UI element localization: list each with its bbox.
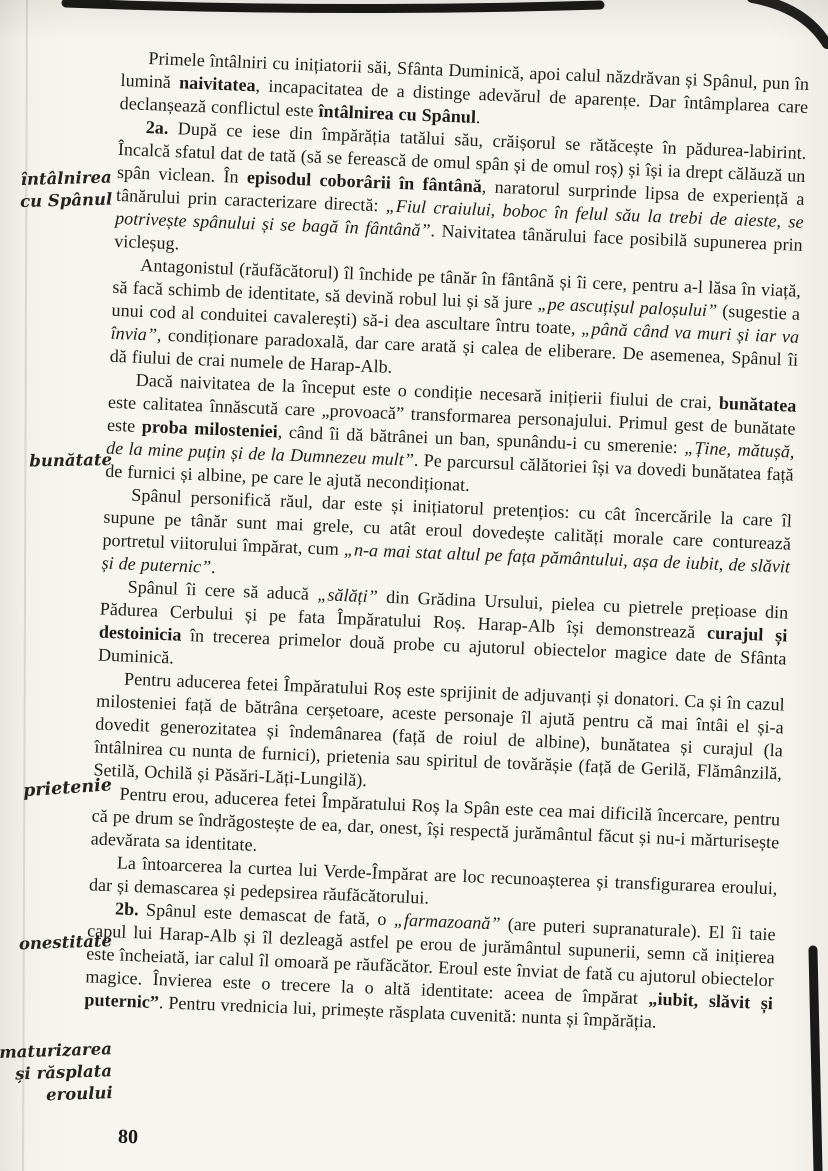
margin-note-intalnirea-cu-spanul: întâlnirea cu Spânul <box>0 167 116 214</box>
text-run: . <box>476 107 481 127</box>
scanned-page: întâlnirea cu Spânul bunătate prietenie … <box>0 0 828 1171</box>
text-run: 2a. <box>145 117 168 138</box>
text-run: „pe ascuțișul paloșului” <box>537 294 717 321</box>
body-text: Primele întâlniri cu inițiatorii săi, Sf… <box>84 46 809 1038</box>
scan-top-edge <box>66 3 600 9</box>
text-run: „farmazoană” <box>394 909 501 933</box>
page-number: 80 <box>118 1126 139 1150</box>
page-corner-curl <box>752 0 827 44</box>
margin-note-maturizarea-si-rasplata: maturizarea și răsplata eroului <box>0 1038 116 1108</box>
book-spine-shadow <box>813 950 818 1171</box>
margin-note-bunatate: bunătate <box>0 449 115 473</box>
text-run: 2b. <box>115 898 139 919</box>
text-run: proba milosteniei <box>141 416 278 441</box>
text-run: . <box>211 557 216 577</box>
text-run: „sălăți” <box>317 584 378 606</box>
text-run: naivitatea <box>179 72 256 95</box>
paragraph-2: 2a. După ce iese din împărăția tatălui s… <box>114 115 807 280</box>
text-run: bunătatea <box>719 393 797 416</box>
